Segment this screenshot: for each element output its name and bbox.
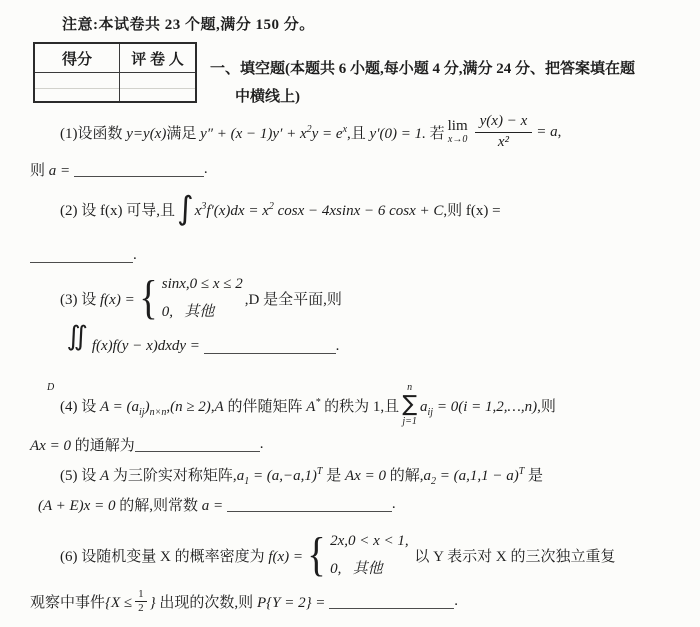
problem-1-text: (1)设函数 y=y(x)满足 y″ + (x − 1)y′ + x2y = e… (60, 122, 445, 143)
double-integral-domain: D (47, 382, 54, 393)
problem-1-line-1: (1)设函数 y=y(x)满足 y″ + (x − 1)y′ + x2y = e… (60, 113, 561, 151)
period: . (204, 161, 208, 178)
sum-lower-limit: j=1 (402, 417, 417, 427)
problem-6-text: (6) 设随机变量 X 的概率密度为 f(x) = (60, 545, 303, 566)
period: . (392, 496, 396, 513)
problem-1-answer-label: 则 a = (30, 159, 74, 180)
fraction-numerator: y(x) − x (475, 113, 533, 132)
problem-4-line-1: (4) 设 A = (aij)n×n,(n ≥ 2),A 的伴随矩阵 A* 的秩… (60, 383, 556, 427)
period: . (454, 593, 458, 610)
lim-word: lim (448, 119, 468, 134)
fraction-numerator: 1 (135, 588, 147, 602)
problem-2-text: (2) 设 f(x) 可导,且 (60, 199, 175, 220)
problem-1-line-2: 则 a = . (30, 158, 208, 180)
problem-6-line-1: (6) 设随机变量 X 的概率密度为 f(x) = { 2x,0 < x < 1… (60, 530, 616, 580)
case-row-1: 2x,0 < x < 1, (330, 533, 409, 550)
problem-3-line-1: (3) 设 f(x) = { sinx,0 ≤ x ≤ 2 0, 其他 ,D 是… (60, 273, 342, 323)
piecewise-cases: 2x,0 < x < 1, 0, 其他 (330, 533, 409, 578)
problem-2-line-1: (2) 设 f(x) 可导,且 ∫ x3f′(x)dx = x2 cosx − … (60, 192, 501, 226)
score-label-cell: 得分 (35, 44, 120, 72)
problem-3-integral-expr: f(x)f(y − x)dxdy = (92, 338, 204, 355)
problem-4-answer-label: Ax = 0 的通解为 (30, 434, 135, 455)
left-brace: { (139, 278, 157, 319)
problem-6-line-2: 观察中事件{X ≤ 1 2 } 出现的次数,则 P{Y = 2} = . (30, 586, 458, 616)
problem-5-answer-label: (A + E)x = 0 的解,则常数 a = (38, 494, 227, 515)
left-brace: { (307, 535, 325, 576)
problem-3-text: (3) 设 f(x) = (60, 288, 135, 309)
problem-1-text-tail: = a, (536, 124, 561, 141)
piecewise-function: { sinx,0 ≤ x ≤ 2 0, 其他 (137, 276, 243, 321)
fill-blank-3 (204, 338, 336, 354)
fill-blank-1 (74, 161, 204, 177)
scan-artifact-line (120, 88, 195, 89)
problem-3-line-2: ∬ D f(x)f(y − x)dxdy = . (44, 331, 339, 361)
section-title: 一、填空题(本题共 6 小题,每小题 4 分,满分 24 分、把答案填在题 中横… (210, 55, 688, 111)
grader-value-cell (120, 73, 195, 101)
problem-5-line-1: (5) 设 A 为三阶实对称矩阵,a1 = (a,−a,1)T 是 Ax = 0… (60, 463, 543, 485)
limit-operator: lim x→0 (448, 119, 468, 145)
score-value-cell (35, 73, 120, 101)
scan-artifact-line (35, 88, 119, 89)
problem-5-line-2: (A + E)x = 0 的解,则常数 a = . (38, 493, 396, 515)
fraction-denominator: 2 (138, 602, 144, 614)
case-row-2: 0, 其他 (330, 557, 409, 578)
lim-subscript: x→0 (448, 135, 467, 145)
piecewise-cases: sinx,0 ≤ x ≤ 2 0, 其他 (162, 276, 243, 321)
problem-6-event-text: 观察中事件{X ≤ (30, 591, 132, 612)
section-title-line1: 一、填空题(本题共 6 小题,每小题 4 分,满分 24 分、把答案填在题 (210, 55, 688, 83)
problem-4-text: (4) 设 A = (aij)n×n,(n ≥ 2),A 的伴随矩阵 A* 的秩… (60, 395, 399, 416)
exam-paper-page: 注意:本试卷共 23 个题,满分 150 分。 得分 评 卷 人 一、填空题(本… (0, 0, 700, 627)
period: . (336, 338, 340, 355)
summation-operator: n ∑ j=1 (402, 383, 417, 427)
double-integral: ∬ D (44, 308, 88, 384)
grader-label-cell: 评 卷 人 (120, 44, 195, 72)
integral-sign: ∫ (177, 196, 194, 222)
period: . (133, 247, 137, 264)
score-table: 得分 评 卷 人 (33, 42, 197, 103)
problem-4-text-tail: aij = 0(i = 1,2,…,n),则 (420, 395, 556, 416)
problem-6-text-tail: 以 Y 表示对 X 的三次独立重复 (411, 545, 616, 566)
problem-5-text: (5) 设 A 为三阶实对称矩阵,a1 = (a,−a,1)T 是 Ax = 0… (60, 464, 543, 485)
fraction-denominator: x² (498, 133, 509, 151)
problem-3-text-tail: ,D 是全平面,则 (245, 288, 342, 309)
double-integral-sign: ∬ (67, 321, 88, 352)
sum-sign: ∑ (402, 394, 417, 416)
case-row-2: 0, 其他 (162, 300, 243, 321)
section-title-line2: 中横线上) (210, 83, 688, 111)
score-table-empty-row (35, 73, 195, 101)
case-row-1: sinx,0 ≤ x ≤ 2 (162, 276, 243, 293)
exam-notice: 注意:本试卷共 23 个题,满分 150 分。 (62, 13, 315, 34)
fill-blank-4 (135, 436, 260, 452)
fraction: y(x) − x x² (475, 113, 533, 151)
problem-4-line-2: Ax = 0 的通解为 . (30, 433, 263, 455)
fill-blank-6 (329, 593, 454, 609)
score-table-header-row: 得分 评 卷 人 (35, 44, 195, 73)
one-half-fraction: 1 2 (135, 588, 147, 614)
problem-6-probability-text: } 出现的次数,则 P{Y = 2} = (150, 591, 330, 612)
fill-blank-2 (30, 247, 133, 263)
piecewise-density: { 2x,0 < x < 1, 0, 其他 (305, 533, 409, 578)
period: . (260, 436, 264, 453)
fill-blank-5 (227, 496, 392, 512)
problem-2-line-2: . (30, 244, 137, 266)
problem-2-text-tail: x3f′(x)dx = x2 cosx − 4xsinx − 6 cosx + … (195, 199, 501, 220)
